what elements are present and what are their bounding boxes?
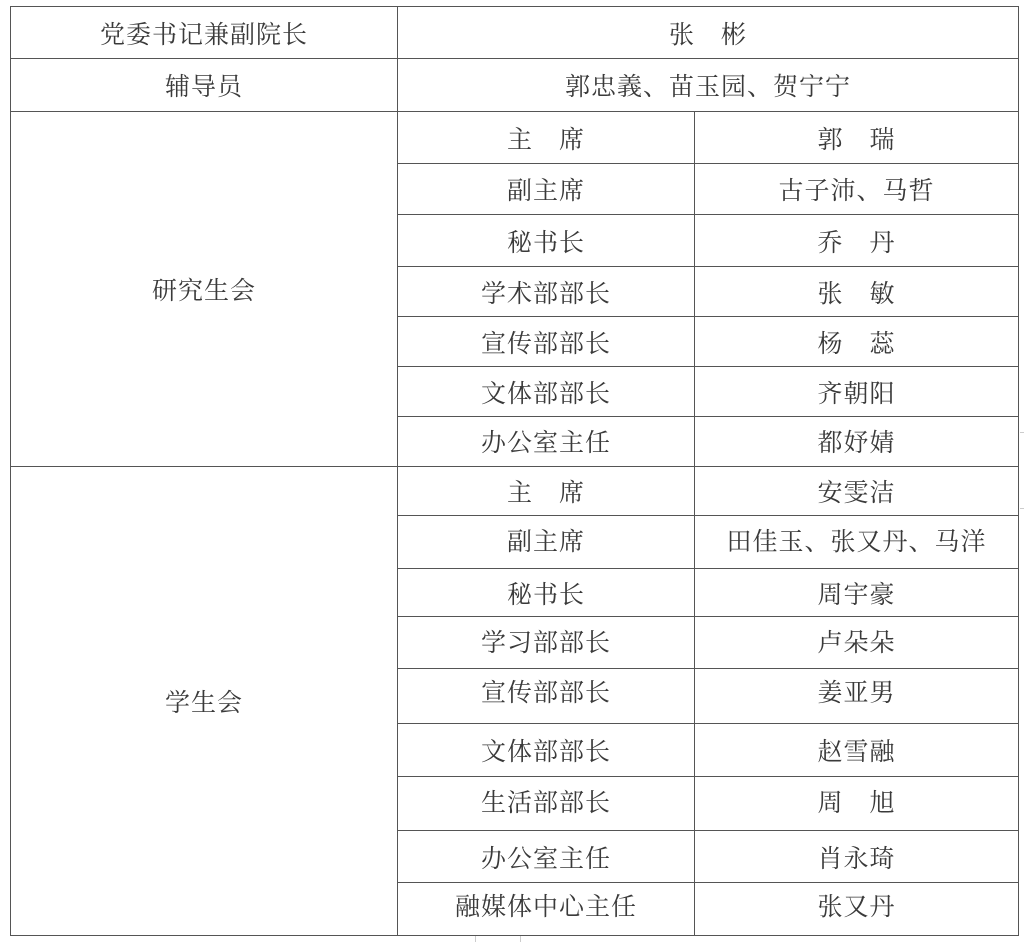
name-cell: 肖永琦	[695, 831, 1019, 883]
name-cell: 周 旭	[695, 777, 1019, 831]
role-cell: 办公室主任	[398, 417, 695, 467]
role-cell: 秘书长	[398, 215, 695, 267]
name-cell: 田佳玉、张又丹、马洋	[695, 516, 1019, 569]
page-edge-mark	[1020, 508, 1024, 509]
name-cell: 乔 丹	[695, 215, 1019, 267]
group-name: 学生会	[11, 467, 398, 936]
role-cell: 副主席	[398, 164, 695, 215]
group-name: 研究生会	[11, 112, 398, 467]
role-cell: 融媒体中心主任	[398, 883, 695, 936]
name-cell: 安雯洁	[695, 467, 1019, 516]
row-value: 郭忠義、苗玉园、贺宁宁	[398, 59, 1019, 112]
name-cell: 张又丹	[695, 883, 1019, 936]
row-value: 张 彬	[398, 7, 1019, 59]
table-row: 学生会 主 席 安雯洁	[11, 467, 1019, 516]
name-cell: 都妤婧	[695, 417, 1019, 467]
name-cell: 张 敏	[695, 267, 1019, 317]
role-cell: 宣传部部长	[398, 317, 695, 367]
name-cell: 古子沛、马哲	[695, 164, 1019, 215]
role-cell: 文体部部长	[398, 367, 695, 417]
role-cell: 学习部部长	[398, 617, 695, 669]
name-cell: 卢朵朵	[695, 617, 1019, 669]
role-cell: 生活部部长	[398, 777, 695, 831]
name-cell: 姜亚男	[695, 669, 1019, 724]
role-cell: 文体部部长	[398, 724, 695, 777]
page-edge-mark	[475, 936, 476, 942]
table-row: 研究生会 主 席 郭 瑞	[11, 112, 1019, 164]
row-label: 辅导员	[11, 59, 398, 112]
row-label: 党委书记兼副院长	[11, 7, 398, 59]
page-edge-mark	[520, 936, 521, 942]
name-cell: 郭 瑞	[695, 112, 1019, 164]
role-cell: 宣传部部长	[398, 669, 695, 724]
name-cell: 杨 蕊	[695, 317, 1019, 367]
page-edge-mark	[1020, 432, 1024, 433]
name-cell: 赵雪融	[695, 724, 1019, 777]
organization-table: 党委书记兼副院长 张 彬 辅导员 郭忠義、苗玉园、贺宁宁 研究生会 主 席 郭 …	[10, 6, 1019, 936]
role-cell: 主 席	[398, 112, 695, 164]
role-cell: 主 席	[398, 467, 695, 516]
role-cell: 秘书长	[398, 569, 695, 617]
name-cell: 周宇豪	[695, 569, 1019, 617]
role-cell: 副主席	[398, 516, 695, 569]
role-cell: 学术部部长	[398, 267, 695, 317]
name-cell: 齐朝阳	[695, 367, 1019, 417]
table-row: 辅导员 郭忠義、苗玉园、贺宁宁	[11, 59, 1019, 112]
table-row: 党委书记兼副院长 张 彬	[11, 7, 1019, 59]
role-cell: 办公室主任	[398, 831, 695, 883]
